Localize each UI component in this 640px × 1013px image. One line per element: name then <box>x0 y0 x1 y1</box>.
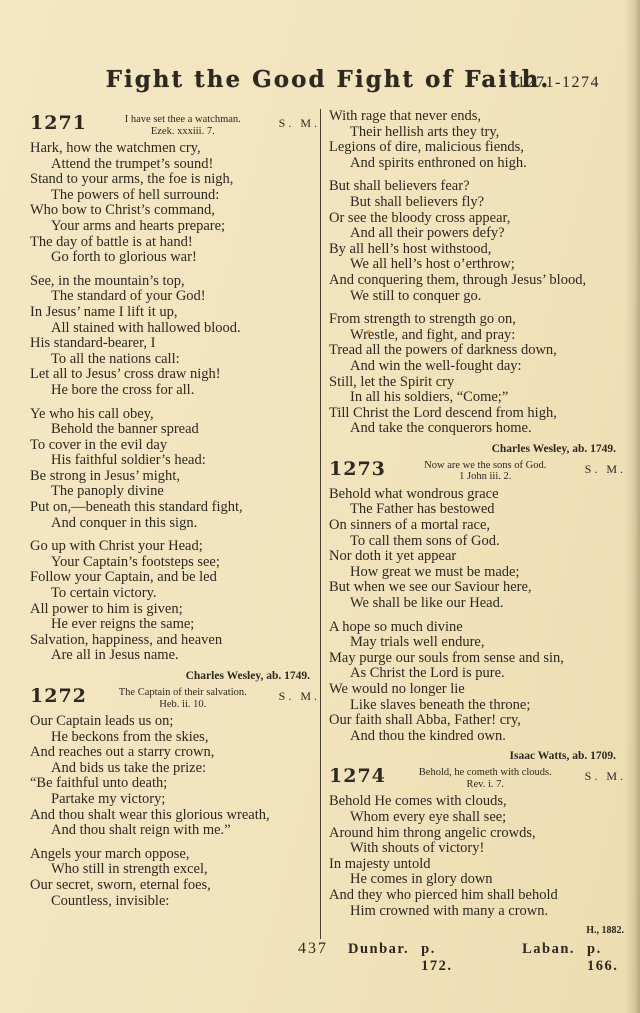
stanza-line: Who bow to Christ’s command, <box>30 203 320 219</box>
stanza-line: We would no longer lie <box>329 682 626 698</box>
stanza-line: He comes in glory down <box>329 872 626 888</box>
scripture-block: Now are we the sons of God.1 John iii. 2… <box>386 458 585 483</box>
stanza-line: Around him throng angelic crowds, <box>329 826 626 842</box>
stanza-line: Him crowned with many a crown. <box>329 904 626 920</box>
stanza-line: With shouts of victory! <box>329 841 626 857</box>
tune-reference-page: p. 166. <box>587 941 626 975</box>
stanza-line: Be strong in Jesus’ might, <box>30 469 320 485</box>
stanza-line: Ye who his call obey, <box>30 407 320 423</box>
stanza-line: By all hell’s host withstood, <box>329 242 626 258</box>
hymn-header: 1274Behold, he cometh with clouds.Rev. i… <box>329 765 626 790</box>
page-edge-shadow <box>625 0 640 1013</box>
masthead: Fight the Good Fight of Faith. 1271-1274 <box>30 66 626 104</box>
stanza-line: And take the conquerors home. <box>329 421 626 437</box>
stanza-line: Put on,—beneath this standard fight, <box>30 500 320 516</box>
hymn-number-range: 1271-1274 <box>517 74 600 92</box>
hymn-number: 1274 <box>329 765 386 787</box>
scripture-text: I have set thee a watchman. <box>87 114 279 126</box>
stanza-line: Your Captain’s footsteps see; <box>30 555 320 571</box>
stanza-line: Or see the bloody cross appear, <box>329 211 626 227</box>
stanza-line: The powers of hell surround: <box>30 188 320 204</box>
stanza-line: All stained with hallowed blood. <box>30 321 320 337</box>
stanza-line: Go up with Christ your Head; <box>30 539 320 555</box>
stanza-line: Like slaves beneath the throne; <box>329 698 626 714</box>
author-attribution: Charles Wesley, ab. 1749. <box>30 670 320 682</box>
stanza-line: In all his soldiers, “Come;” <box>329 390 626 406</box>
scripture-block: I have set thee a watchman.Ezek. xxxiii.… <box>87 112 279 137</box>
scripture-reference: 1 John iii. 2. <box>386 471 585 483</box>
stanza: Behold what wondrous graceThe Father has… <box>329 487 626 612</box>
scan-speck <box>366 330 371 334</box>
stanza-line: See, in the mountain’s top, <box>30 274 320 290</box>
page-footer: 437 Dunbar. p. 172. Laban. p. 166. <box>30 940 626 975</box>
stanza: Hark, how the watchmen cry,Attend the tr… <box>30 141 320 266</box>
stanza-line: Salvation, happiness, and heaven <box>30 633 320 649</box>
tune-reference-page: p. 172. <box>421 941 460 975</box>
stanza-line: Their hellish arts they try, <box>329 125 626 141</box>
meter-label: S. M. <box>585 765 626 784</box>
tune-reference-name: Dunbar. <box>348 941 409 958</box>
text-columns: 1271I have set thee a watchman.Ezek. xxx… <box>30 109 626 939</box>
meter-label: S. M. <box>279 685 320 704</box>
hymnal-page: Fight the Good Fight of Faith. 1271-1274… <box>0 0 640 1013</box>
stanza-line: Stand to your arms, the foe is nigh, <box>30 172 320 188</box>
stanza-line: Countless, invisible: <box>30 894 320 910</box>
tune-reference-name: Laban. <box>522 941 575 958</box>
stanza-line: And reaches out a starry crown, <box>30 745 320 761</box>
stanza-line: In majesty untold <box>329 857 626 873</box>
page-number: 437 <box>30 940 328 958</box>
stanza-line: And conquering them, through Jesus’ bloo… <box>329 273 626 289</box>
stanza: Our Captain leads us on;He beckons from … <box>30 714 320 839</box>
stanza-line: In Jesus’ name I lift it up, <box>30 305 320 321</box>
stanza-line: To all the nations call: <box>30 352 320 368</box>
stanza-line: But shall believers fear? <box>329 179 626 195</box>
stanza: With rage that never ends,Their hellish … <box>329 109 626 171</box>
stanza-line: Angels your march oppose, <box>30 847 320 863</box>
stanza-line: Tread all the powers of darkness down, <box>329 343 626 359</box>
hymn-header: 1271I have set thee a watchman.Ezek. xxx… <box>30 112 320 137</box>
stanza-line: With rage that never ends, <box>329 109 626 125</box>
meter-label: S. M. <box>585 458 626 477</box>
stanza-line: Partake my victory; <box>30 792 320 808</box>
stanza-line: May trials well endure, <box>329 635 626 651</box>
hymn-number: 1273 <box>329 458 386 480</box>
stanza-line: Are all in Jesus name. <box>30 648 320 664</box>
hymn-header: 1273Now are we the sons of God.1 John ii… <box>329 458 626 483</box>
stanza-line: Whom every eye shall see; <box>329 810 626 826</box>
stanza-line: We all hell’s host o’erthrow; <box>329 257 626 273</box>
stanza-line: And spirits enthroned on high. <box>329 156 626 172</box>
author-attribution: Isaac Watts, ab. 1709. <box>329 750 626 762</box>
stanza-line: How great we must be made; <box>329 565 626 581</box>
scripture-reference: Ezek. xxxiii. 7. <box>87 126 279 138</box>
stanza-line: Behold He comes with clouds, <box>329 794 626 810</box>
scripture-reference: Rev. i. 7. <box>386 779 585 791</box>
stanza-line: To certain victory. <box>30 586 320 602</box>
stanza-line: The standard of your God! <box>30 289 320 305</box>
hymn-header: 1272The Captain of their salvation.Heb. … <box>30 685 320 710</box>
hymn-number: 1272 <box>30 685 87 707</box>
stanza-line: The day of battle is at hand! <box>30 235 320 251</box>
stanza: Angels your march oppose,Who still in st… <box>30 847 320 909</box>
stanza-line: From strength to strength go on, <box>329 312 626 328</box>
stanza: A hope so much divineMay trials well end… <box>329 620 626 745</box>
stanza: But shall believers fear?But shall belie… <box>329 179 626 304</box>
stanza-line: His faithful soldier’s head: <box>30 453 320 469</box>
stanza-line: He ever reigns the same; <box>30 617 320 633</box>
stanza-line: Our secret, sworn, eternal foes, <box>30 878 320 894</box>
stanza-line: To call them sons of God. <box>329 534 626 550</box>
stanza-line: Legions of dire, malicious fiends, <box>329 140 626 156</box>
stanza-line: Still, let the Spirit cry <box>329 375 626 391</box>
stanza-line: His standard-bearer, I <box>30 336 320 352</box>
stanza-line: And all their powers defy? <box>329 226 626 242</box>
stanza-line: Nor doth it yet appear <box>329 549 626 565</box>
stanza-line: As Christ the Lord is pure. <box>329 666 626 682</box>
author-attribution: Charles Wesley, ab. 1749. <box>329 443 626 455</box>
stanza-line: And thou the kindred own. <box>329 729 626 745</box>
stanza-line: The panoply divine <box>30 484 320 500</box>
meter-label: S. M. <box>279 112 320 131</box>
stanza: Go up with Christ your Head;Your Captain… <box>30 539 320 664</box>
stanza-line: But shall believers fly? <box>329 195 626 211</box>
stanza-line: And thou shalt reign with me.” <box>30 823 320 839</box>
hymn-number: 1271 <box>30 112 87 134</box>
stanza-line: On sinners of a mortal race, <box>329 518 626 534</box>
stanza-line: The Father has bestowed <box>329 502 626 518</box>
column-right column-divider: With rage that never ends,Their hellish … <box>320 109 626 939</box>
stanza-line: To cover in the evil day <box>30 438 320 454</box>
stanza: Behold He comes with clouds,Whom every e… <box>329 794 626 919</box>
stanza-line: We still to conquer go. <box>329 289 626 305</box>
stanza-line: Your arms and hearts prepare; <box>30 219 320 235</box>
stanza-line: Behold the banner spread <box>30 422 320 438</box>
column-left: 1271I have set thee a watchman.Ezek. xxx… <box>30 109 320 939</box>
stanza-line: Our faith shall Abba, Father! cry, <box>329 713 626 729</box>
stanza-line: Who still in strength excel, <box>30 862 320 878</box>
stanza-line: Behold what wondrous grace <box>329 487 626 503</box>
stanza-line: All power to him is given; <box>30 602 320 618</box>
stanza-line: Go forth to glorious war! <box>30 250 320 266</box>
stanza-line: And conquer in this sign. <box>30 516 320 532</box>
stanza-line: And they who pierced him shall behold <box>329 888 626 904</box>
stanza-line: Hark, how the watchmen cry, <box>30 141 320 157</box>
stanza-line: Let all to Jesus’ cross draw nigh! <box>30 367 320 383</box>
scripture-reference: Heb. ii. 10. <box>87 699 279 711</box>
scripture-text: The Captain of their salvation. <box>87 687 279 699</box>
scripture-text: Behold, he cometh with clouds. <box>386 767 585 779</box>
stanza-line: Wrestle, and fight, and pray: <box>329 328 626 344</box>
stanza-line: We shall be like our Head. <box>329 596 626 612</box>
scripture-block: The Captain of their salvation.Heb. ii. … <box>87 685 279 710</box>
author-attribution: H., 1882. <box>329 925 626 936</box>
stanza-line: He bore the cross for all. <box>30 383 320 399</box>
stanza-line: And win the well-fought day: <box>329 359 626 375</box>
stanza-line: And thou shalt wear this glorious wreath… <box>30 808 320 824</box>
stanza-line: But when we see our Saviour here, <box>329 580 626 596</box>
stanza: Ye who his call obey,Behold the banner s… <box>30 407 320 532</box>
stanza-line: Till Christ the Lord descend from high, <box>329 406 626 422</box>
stanza-line: And bids us take the prize: <box>30 761 320 777</box>
stanza: See, in the mountain’s top,The standard … <box>30 274 320 399</box>
stanza: From strength to strength go on,Wrestle,… <box>329 312 626 437</box>
stanza-line: May purge our souls from sense and sin, <box>329 651 626 667</box>
stanza-line: Our Captain leads us on; <box>30 714 320 730</box>
stanza-line: Attend the trumpet’s sound! <box>30 157 320 173</box>
scripture-text: Now are we the sons of God. <box>386 460 585 472</box>
scripture-block: Behold, he cometh with clouds.Rev. i. 7. <box>386 765 585 790</box>
stanza-line: Follow your Captain, and be led <box>30 570 320 586</box>
stanza-line: He beckons from the skies, <box>30 730 320 746</box>
stanza-line: “Be faithful unto death; <box>30 776 320 792</box>
stanza-line: A hope so much divine <box>329 620 626 636</box>
